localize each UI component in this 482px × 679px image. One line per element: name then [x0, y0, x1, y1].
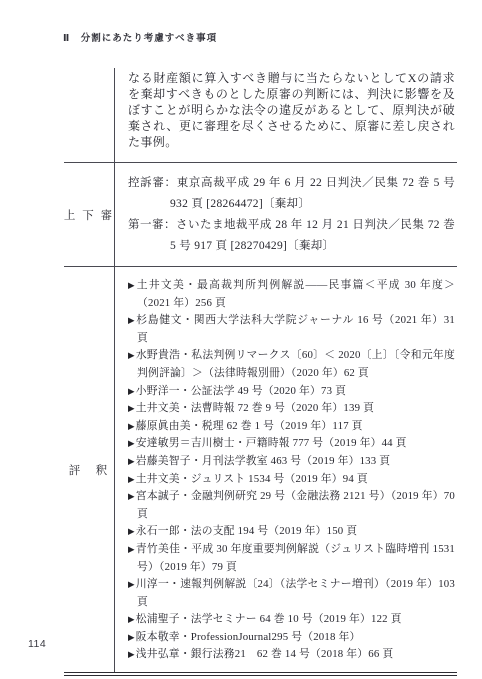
- commentary-citation: 永石一郎・法の支配 194 号（2019 年）150 頁: [136, 525, 358, 537]
- bullet-triangle-icon: ▶: [128, 649, 135, 659]
- commentary-citation: 水野貴浩・私法判例リマークス〔60〕＜ 2020〔上〕〔令和元年度判例評論〕＞（…: [136, 349, 455, 379]
- commentary-citation: 岩藤美智子・月刊法学教室 463 号（2019 年）133 頁: [136, 455, 391, 467]
- case-summary-text: なる財産額に算入すべき贈与に当たらないとしてXの請求を棄却すべきものとした原審の…: [128, 70, 455, 150]
- bullet-triangle-icon: ▶: [128, 474, 135, 484]
- commentary-citation: 杉島健文・関西大学法科大学院ジャーナル 16 号（2021 年）31 頁: [136, 314, 455, 344]
- courts-row-label: 上 下 審: [64, 162, 115, 266]
- commentary-citation: 松浦聖子・法学セミナー 64 巻 10 号（2019 年）122 頁: [136, 613, 402, 625]
- list-item: ▶土井文美・ジュリスト 1534 号（2019 年）94 頁: [128, 471, 455, 489]
- section-heading: Ⅱ 分割にあたり考慮すべき事項: [63, 30, 217, 44]
- bullet-triangle-icon: ▶: [128, 386, 135, 396]
- bullet-triangle-icon: ▶: [128, 614, 135, 624]
- list-item: ▶杉島健文・関西大学法科大学院ジャーナル 16 号（2021 年）31 頁: [128, 312, 455, 347]
- empty-label-cell: [64, 68, 115, 162]
- bullet-triangle-icon: ▶: [128, 491, 135, 501]
- list-item: ▶小野洋一・公証法学 49 号（2020 年）73 頁: [128, 383, 455, 401]
- list-item: ▶川淳一・速報判例解説〔24〕（法学セミナー増刊）（2019 年）103 頁: [128, 576, 455, 611]
- list-item: ▶阪本敬幸・ProfessionJournal295 号（2018 年）: [128, 629, 455, 647]
- bullet-triangle-icon: ▶: [128, 421, 135, 431]
- bullet-triangle-icon: ▶: [128, 544, 135, 554]
- list-item: ▶土井文美・法曹時報 72 巻 9 号（2020 年）139 頁: [128, 400, 455, 418]
- bullet-triangle-icon: ▶: [128, 315, 135, 325]
- commentary-citation: 土井文美・ジュリスト 1534 号（2019 年）94 頁: [136, 473, 368, 485]
- list-item: ▶岩藤美智子・月刊法学教室 463 号（2019 年）133 頁: [128, 453, 455, 471]
- first-instance-entry: 第一審：さいたま地裁平成 28 年 12 月 21 日判決／民集 72 巻 5 …: [128, 215, 455, 257]
- bullet-triangle-icon: ▶: [128, 438, 135, 448]
- list-item: ▶松浦聖子・法学セミナー 64 巻 10 号（2019 年）122 頁: [128, 611, 455, 629]
- case-info-table: なる財産額に算入すべき贈与に当たらないとしてXの請求を棄却すべきものとした原審の…: [64, 68, 457, 676]
- bullet-triangle-icon: ▶: [128, 632, 135, 642]
- bullet-triangle-icon: ▶: [128, 526, 135, 536]
- list-item: ▶浅井弘章・銀行法務21 62 巻 14 号（2018 年）66 頁: [128, 646, 455, 664]
- commentary-citation: 川淳一・速報判例解説〔24〕（法学セミナー増刊）（2019 年）103 頁: [136, 578, 455, 608]
- commentary-list: ▶土井文美・最高裁判所判例解説――民事篇＜平成 30 年度＞（2021 年）25…: [128, 277, 455, 664]
- list-item: ▶水野貴浩・私法判例リマークス〔60〕＜ 2020〔上〕〔令和元年度判例評論〕＞…: [128, 347, 455, 382]
- commentary-row-label: 評 釈: [64, 266, 115, 672]
- commentary-citation: 浅井弘章・銀行法務21 62 巻 14 号（2018 年）66 頁: [136, 648, 394, 660]
- list-item: ▶土井文美・最高裁判所判例解説――民事篇＜平成 30 年度＞（2021 年）25…: [128, 277, 455, 312]
- appeal-court-entry: 控訴審：東京高裁平成 29 年 6 月 22 日判決／民集 72 巻 5 号 9…: [128, 173, 455, 215]
- commentary-citation: 小野洋一・公証法学 49 号（2020 年）73 頁: [136, 385, 346, 397]
- list-item: ▶安達敏男＝吉川樹士・戸籍時報 777 号（2019 年）44 頁: [128, 435, 455, 453]
- commentary-citation: 土井文美・法曹時報 72 巻 9 号（2020 年）139 頁: [136, 402, 374, 414]
- bullet-triangle-icon: ▶: [128, 579, 135, 589]
- commentary-citation: 青竹美佳・平成 30 年度重要判例解説（ジュリスト臨時増刊 1531 号）（20…: [136, 543, 455, 573]
- bullet-triangle-icon: ▶: [128, 456, 135, 466]
- list-item: ▶藤原眞由美・税理 62 巻 1 号（2019 年）117 頁: [128, 418, 455, 436]
- bullet-triangle-icon: ▶: [128, 403, 135, 413]
- commentary-citation: 阪本敬幸・ProfessionJournal295 号（2018 年）: [136, 631, 361, 643]
- commentary-citation: 土井文美・最高裁判所判例解説――民事篇＜平成 30 年度＞（2021 年）256…: [137, 279, 455, 309]
- bullet-triangle-icon: ▶: [128, 350, 135, 360]
- list-item: ▶永石一郎・法の支配 194 号（2019 年）150 頁: [128, 523, 455, 541]
- bullet-triangle-icon: ▶: [128, 280, 136, 290]
- list-item: ▶宮本誠子・金融判例研究 29 号（金融法務 2121 号）（2019 年）70…: [128, 488, 455, 523]
- commentary-row-content: ▶土井文美・最高裁判所判例解説――民事篇＜平成 30 年度＞（2021 年）25…: [115, 266, 457, 672]
- courts-row-content: 控訴審：東京高裁平成 29 年 6 月 22 日判決／民集 72 巻 5 号 9…: [115, 162, 457, 266]
- commentary-citation: 藤原眞由美・税理 62 巻 1 号（2019 年）117 頁: [136, 420, 363, 432]
- commentary-citation: 安達敏男＝吉川樹士・戸籍時報 777 号（2019 年）44 頁: [136, 437, 407, 449]
- case-summary-cell: なる財産額に算入すべき贈与に当たらないとしてXの請求を棄却すべきものとした原審の…: [115, 68, 457, 162]
- list-item: ▶青竹美佳・平成 30 年度重要判例解説（ジュリスト臨時増刊 1531 号）（2…: [128, 541, 455, 576]
- page-number: 114: [28, 638, 46, 650]
- commentary-citation: 宮本誠子・金融判例研究 29 号（金融法務 2121 号）（2019 年）70 …: [136, 490, 455, 520]
